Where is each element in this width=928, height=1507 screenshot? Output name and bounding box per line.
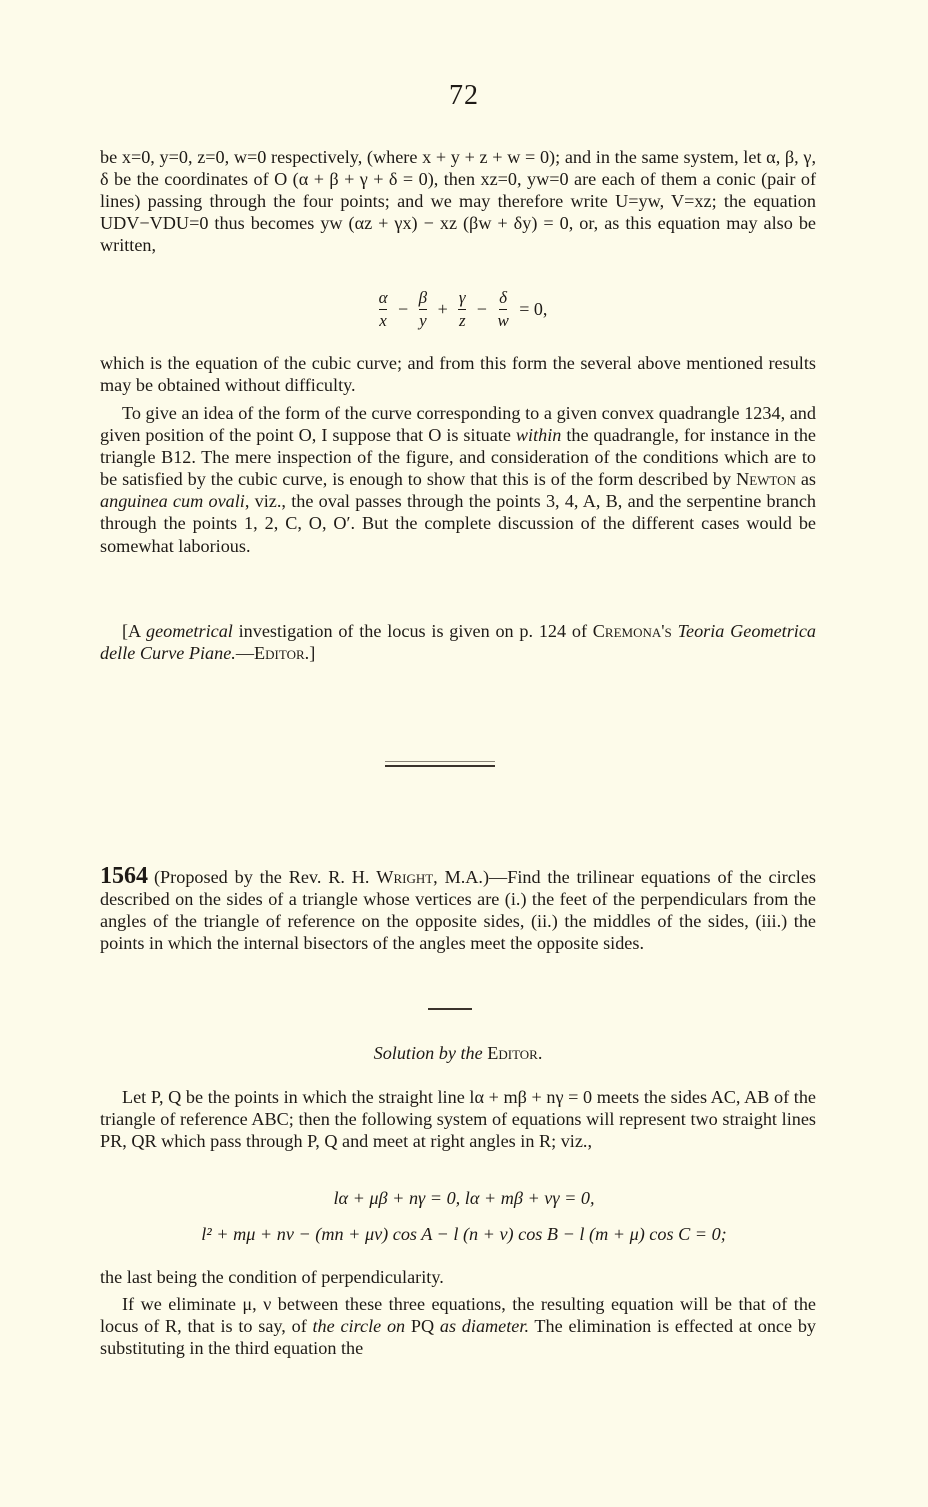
- cubic-equation: αx − βy + γz − δw = 0,: [0, 288, 928, 331]
- problem-divider: [428, 1008, 472, 1010]
- paragraph-text: To give an idea of the form of the curve…: [100, 402, 816, 557]
- operator: −: [398, 299, 408, 320]
- equations-lines: lα + μβ + nγ = 0, lα + mβ + νγ = 0,: [0, 1188, 928, 1209]
- fraction-alpha-x: αx: [379, 288, 388, 331]
- paragraph-text: Let P, Q be the points in which the stra…: [100, 1086, 816, 1152]
- problem-number: 1564: [100, 863, 148, 889]
- equation-rhs: = 0,: [519, 299, 547, 320]
- paragraph-text: be x=0, y=0, z=0, w=0 respectively, (whe…: [100, 146, 816, 256]
- book-page: 72 be x=0, y=0, z=0, w=0 respectively, (…: [0, 0, 928, 1507]
- paragraph-text: [A geometrical investigation of the locu…: [100, 620, 816, 664]
- section-divider: [385, 761, 495, 767]
- paragraph-conic-derivation: be x=0, y=0, z=0, w=0 respectively, (whe…: [100, 146, 816, 256]
- paragraph-cubic-curve: which is the equation of the cubic curve…: [100, 352, 816, 396]
- fraction-gamma-z: γz: [458, 288, 466, 331]
- operator: −: [477, 299, 487, 320]
- editor-note: [A geometrical investigation of the locu…: [100, 620, 816, 664]
- solution-heading: Solution by the Editor.: [100, 1042, 816, 1064]
- operator: +: [438, 299, 448, 320]
- problem-1564: 1564(Proposed by the Rev. R. H. Wright, …: [100, 865, 816, 954]
- paragraph-elimination: If we eliminate μ, ν between these three…: [100, 1293, 816, 1359]
- paragraph-solution-intro: Let P, Q be the points in which the stra…: [100, 1086, 816, 1152]
- fraction-beta-y: βy: [419, 288, 427, 331]
- paragraph-text: which is the equation of the cubic curve…: [100, 352, 816, 396]
- paragraph-text: 1564(Proposed by the Rev. R. H. Wright, …: [100, 865, 816, 954]
- paragraph-text: the last being the condition of perpendi…: [100, 1266, 816, 1288]
- paragraph-perpendicularity: the last being the condition of perpendi…: [100, 1266, 816, 1288]
- fraction-delta-w: δw: [497, 288, 508, 331]
- page-number: 72: [0, 80, 928, 112]
- paragraph-curve-form: To give an idea of the form of the curve…: [100, 402, 816, 557]
- equation-perpendicularity: l² + mμ + nν − (mn + μν) cos A − l (n + …: [0, 1224, 928, 1245]
- paragraph-text: If we eliminate μ, ν between these three…: [100, 1293, 816, 1359]
